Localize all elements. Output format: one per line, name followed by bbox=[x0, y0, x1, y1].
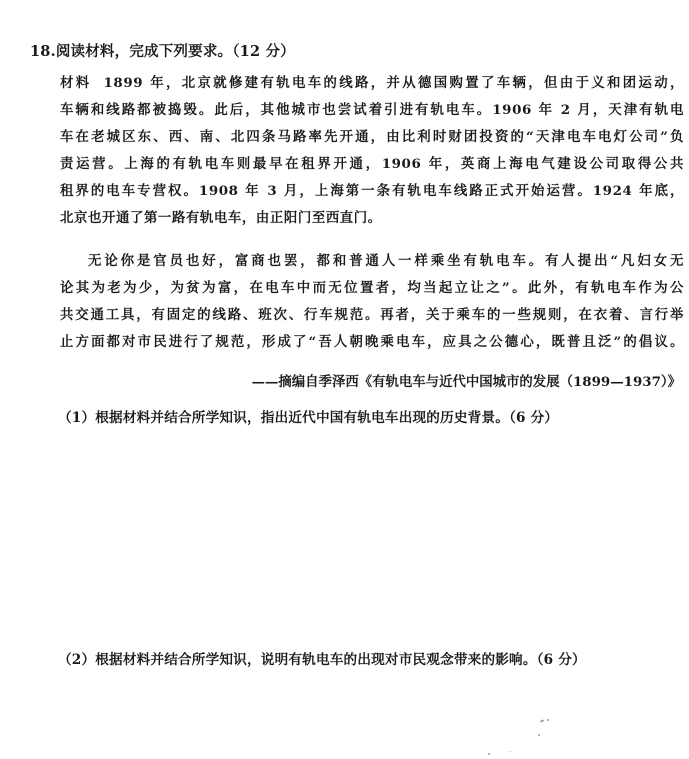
question-instruction: 阅读材料，完成下列要求。（12 分） bbox=[56, 43, 295, 60]
material-line: 无论你是官员也好，富商也罢，都和普通人一样乘坐有轨电车。有人提出“凡妇女无 bbox=[60, 248, 684, 275]
material-line: 材料1899 年，北京就修建有轨电车的线路，并从德国购置了车辆，但由于义和团运动… bbox=[60, 70, 684, 97]
scan-artifact bbox=[538, 734, 540, 736]
material-label: 材料 bbox=[60, 75, 92, 91]
material-line: 车在老城区东、西、南、北四条马路率先开通，由比利时财团投资的“天津电车电灯公司”… bbox=[60, 124, 684, 151]
material-line: 租界的电车专营权。1908 年 3 月，上海第一条有轨电车线路正式开始运营。19… bbox=[60, 178, 684, 205]
scan-artifact bbox=[488, 753, 490, 755]
material-line: 止方面都对市民进行了规范，形成了“吾人朝晚乘电车，应具之公德心，既普且泛”的倡议… bbox=[60, 329, 684, 356]
scan-artifact bbox=[510, 751, 511, 752]
material-line: 车辆和线路都被捣毁。此后，其他城市也尝试着引进有轨电车。1906 年 2 月，天… bbox=[60, 97, 684, 124]
material-line: 北京也开通了第一路有轨电车，由正阳门至西直门。 bbox=[60, 205, 684, 232]
material-line: 共交通工具，有固定的线路、班次、行车规范。再者，关于乘车的一些规则，在衣着、言行… bbox=[60, 302, 684, 329]
answer-area-1[interactable] bbox=[58, 430, 678, 640]
sub-question-2: （2）根据材料并结合所学知识，说明有轨电车的出现对市民观念带来的影响。（6 分） bbox=[58, 648, 586, 668]
material-paragraph-1: 材料1899 年，北京就修建有轨电车的线路，并从德国购置了车辆，但由于义和团运动… bbox=[60, 70, 684, 232]
question-number: 18. bbox=[30, 43, 56, 60]
answer-area-2[interactable] bbox=[58, 672, 678, 752]
question-title: 18.阅读材料，完成下列要求。（12 分） bbox=[30, 40, 295, 61]
exam-page: 18.阅读材料，完成下列要求。（12 分） 材料1899 年，北京就修建有轨电车… bbox=[0, 0, 689, 759]
material-paragraph-2: 无论你是官员也好，富商也罢，都和普通人一样乘坐有轨电车。有人提出“凡妇女无 论其… bbox=[60, 248, 684, 356]
material-source-citation: ——摘编自季泽西《有轨电车与近代中国城市的发展（1899—1937）》 bbox=[252, 371, 681, 390]
material-line: 论其为老为少，为贫为富，在电车中而无位置者，均当起立让之”。此外，有轨电车作为公 bbox=[60, 275, 684, 302]
scan-artifact bbox=[547, 719, 549, 721]
sub-question-1: （1）根据材料并结合所学知识，指出近代中国有轨电车出现的历史背景。（6 分） bbox=[58, 406, 558, 426]
material-line: 责运营。上海的有轨电车则最早在租界开通，1906 年，英商上海电气建设公司取得公… bbox=[60, 151, 684, 178]
